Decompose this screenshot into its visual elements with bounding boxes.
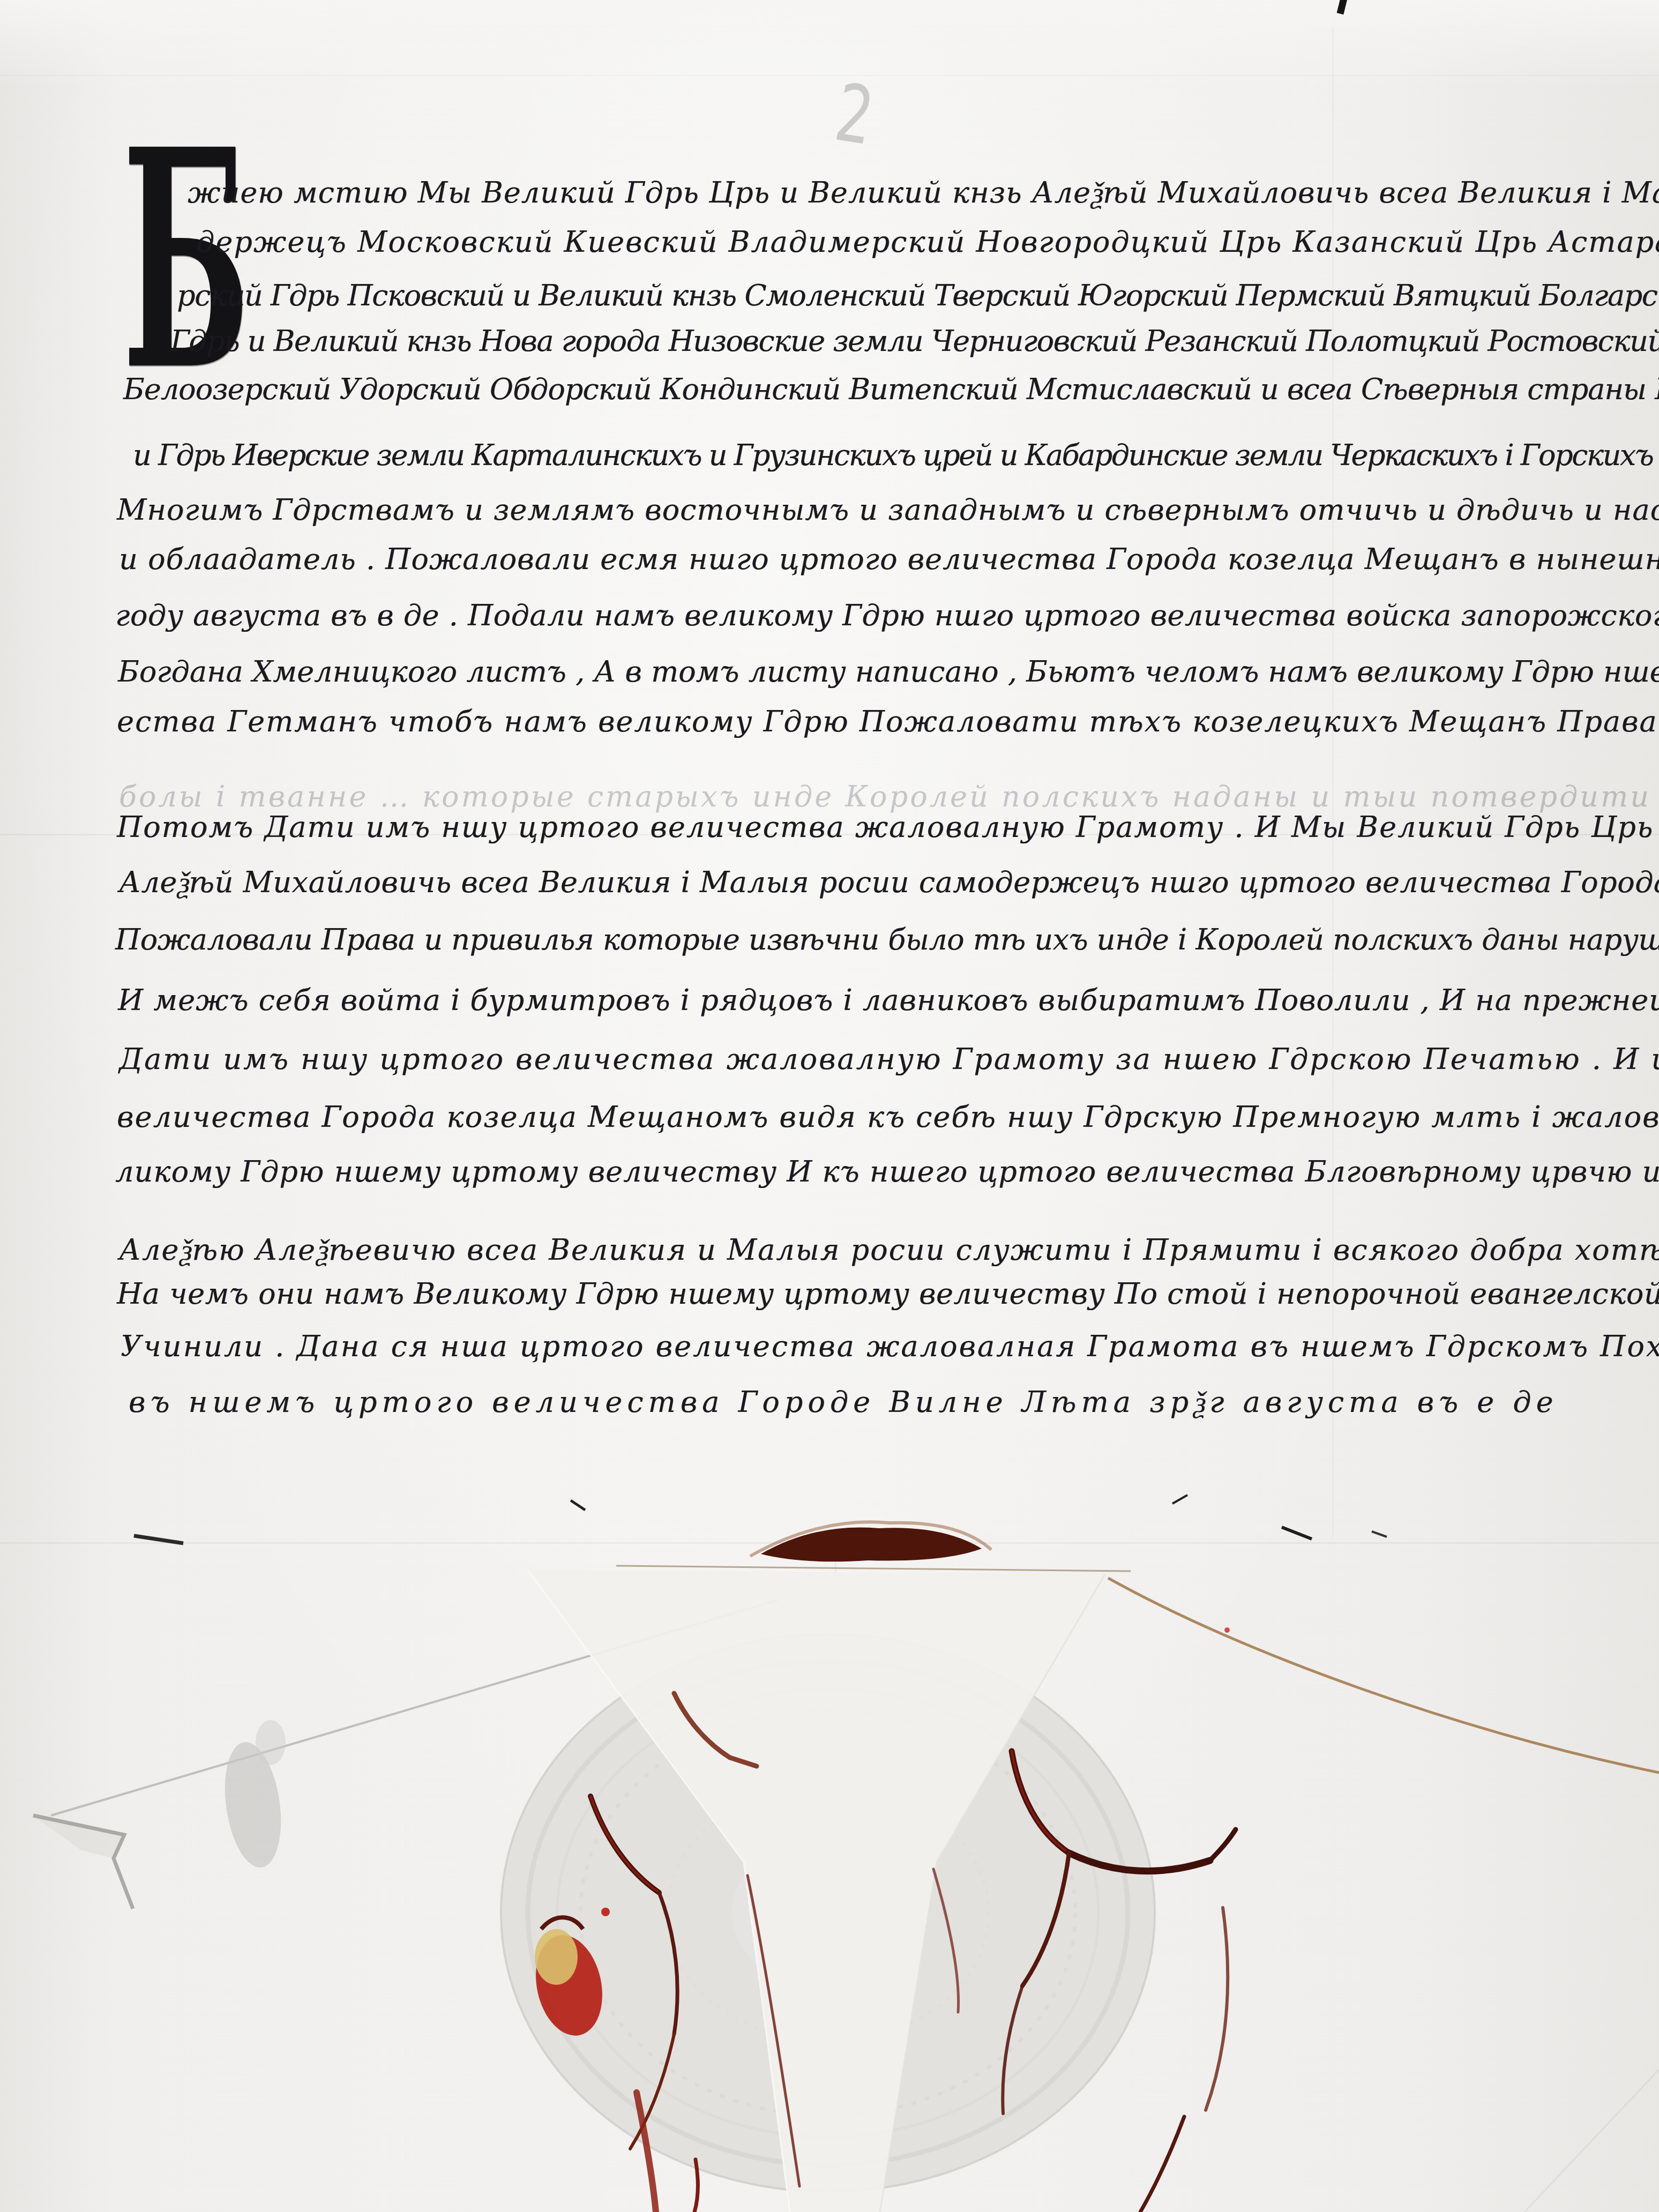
seal-cord [1108,1578,1659,1773]
charter-page: 2 Б жиею мстию Мы Великий Гдрь Црь и Вел… [0,0,1659,2212]
paper-smudge [218,1720,288,1871]
bottom-right-crease [1525,2069,1659,2212]
seal-top-stain [134,1495,1387,1571]
seal-graphics [0,0,1659,2212]
